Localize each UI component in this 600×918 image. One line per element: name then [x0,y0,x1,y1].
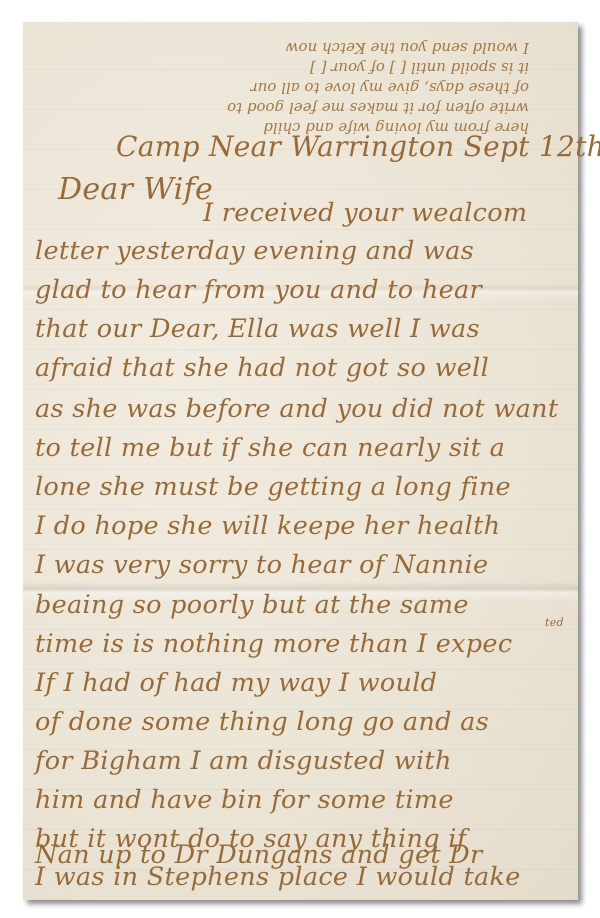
body-line: If I had of had my way I would [35,668,437,698]
body-line: that our Dear, Ella was well I was [35,314,480,344]
postscript-line: it is spoild until [ ] of your [ ] [63,58,533,78]
inverted-postscript: here from my loving wife and child write… [63,26,533,138]
salutation: Dear Wife [58,172,213,207]
postscript-line: of these days, give my love to all our [63,78,533,98]
body-line: lone she must be getting a long fine [35,472,511,502]
body-line: for Bigham I am disgusted with [35,746,452,776]
body-line: as she was before and you did not want [35,394,558,424]
body-line: time is is nothing more than I expec [35,629,512,659]
body-line: I was very sorry to hear of Nannie [35,550,488,580]
body-line: of done some thing long go and as [35,707,489,737]
body-line: I do hope she will keepe her health [35,511,500,541]
body-line: beaing so poorly but at the same [35,590,469,620]
letter-page: here from my loving wife and child write… [23,22,578,900]
body-line: I received your wealcom [203,198,527,228]
postscript-line: write often for it makes me feel good to [63,98,533,118]
postscript-line: I would send you the Ketch now [63,38,533,58]
place-date-heading: Camp Near Warrington Sept 12th [116,130,600,163]
body-line: letter yesterday evening and was [35,236,474,266]
interlinear-insert: ted [545,616,564,629]
body-line: glad to hear from you and to hear [35,275,482,305]
body-line: afraid that she had not got so well [35,353,489,383]
body-line: him and have bin for some time [35,785,454,815]
body-line: Nan up to Dr Dungans and get Dr [35,840,483,870]
body-line: to tell me but if she can nearly sit a [35,433,505,463]
